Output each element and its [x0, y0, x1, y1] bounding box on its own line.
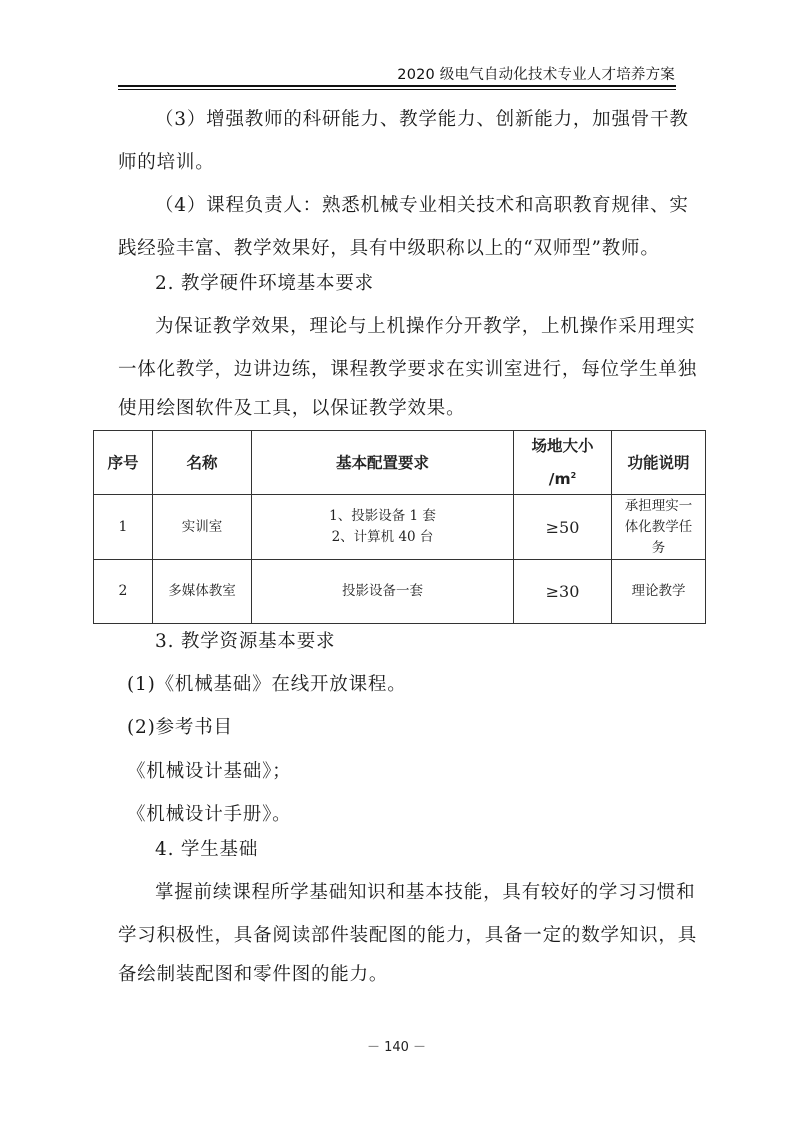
list-item: (1)《机械基础》在线开放课程。 — [127, 663, 687, 706]
cell-function: 承担理实一 体化教学任 务 — [612, 495, 706, 560]
area-header-line2: /m2 — [514, 461, 611, 494]
area-unit: /m — [549, 470, 571, 488]
column-header-area: 场地大小 /m2 — [514, 431, 612, 495]
section-heading: 3. 教学资源基本要求 — [118, 620, 678, 663]
column-header-function: 功能说明 — [612, 431, 706, 495]
function-line: 体化教学任 — [612, 517, 705, 538]
cell-area: ≥50 — [514, 495, 612, 560]
column-header-name: 名称 — [153, 431, 252, 495]
table-row: 1 实训室 1、投影设备 1 套 2、计算机 40 台 ≥50 承担理实一 体化… — [94, 495, 706, 560]
reference-book: 《机械设计基础》； — [127, 750, 687, 793]
paragraph-line: 一体化教学，边讲边练，课程教学要求在实训室进行，每位学生单独 — [118, 348, 678, 391]
paragraph-line: 掌握前续课程所学基础知识和基本技能，具有较好的学习习惯和 — [118, 871, 678, 914]
paragraph-line: 使用绘图软件及工具，以保证教学效果。 — [118, 387, 678, 430]
table-row: 2 多媒体教室 投影设备一套 ≥30 理论教学 — [94, 560, 706, 624]
cell-no: 1 — [94, 495, 153, 560]
column-header-no: 序号 — [94, 431, 153, 495]
cell-config: 1、投影设备 1 套 2、计算机 40 台 — [252, 495, 514, 560]
cell-config: 投影设备一套 — [252, 560, 514, 624]
header-double-rule — [118, 85, 676, 90]
function-line: 承担理实一 — [612, 496, 705, 517]
paragraph-line: （4）课程负责人：熟悉机械专业相关技术和高职教育规律、实 — [118, 184, 678, 227]
hardware-requirements-table: 序号 名称 基本配置要求 场地大小 /m2 功能说明 1 实训室 1、投影设备 … — [93, 430, 706, 624]
table-header-row: 序号 名称 基本配置要求 场地大小 /m2 功能说明 — [94, 431, 706, 495]
paragraph-line: 学习积极性，具备阅读部件装配图的能力，具备一定的数学知识，具 — [118, 914, 678, 957]
cell-area: ≥30 — [514, 560, 612, 624]
paragraph-line: （3）增强教师的科研能力、教学能力、创新能力，加强骨干教 — [118, 98, 678, 141]
paragraph-line: 师的培训。 — [118, 141, 678, 184]
section-heading: 4. 学生基础 — [118, 828, 678, 871]
cell-no: 2 — [94, 560, 153, 624]
area-header-line1: 场地大小 — [514, 431, 611, 461]
config-line: 1、投影设备 1 套 — [252, 506, 513, 527]
paragraph-line: 为保证教学效果，理论与上机操作分开教学，上机操作采用理实 — [118, 305, 678, 348]
cell-name: 多媒体教室 — [153, 560, 252, 624]
column-header-config: 基本配置要求 — [252, 431, 514, 495]
function-line: 务 — [612, 538, 705, 559]
paragraph-line: 备绘制装配图和零件图的能力。 — [118, 953, 678, 996]
area-unit-superscript: 2 — [571, 471, 577, 480]
section-heading: 2. 教学硬件环境基本要求 — [118, 262, 678, 305]
list-item: (2)参考书目 — [127, 706, 687, 749]
document-header-title: 2020 级电气自动化技术专业人才培养方案 — [397, 63, 675, 84]
cell-name: 实训室 — [153, 495, 252, 560]
config-line: 2、计算机 40 台 — [252, 527, 513, 548]
cell-function: 理论教学 — [612, 560, 706, 624]
page-number: － 140 － — [0, 1036, 793, 1055]
